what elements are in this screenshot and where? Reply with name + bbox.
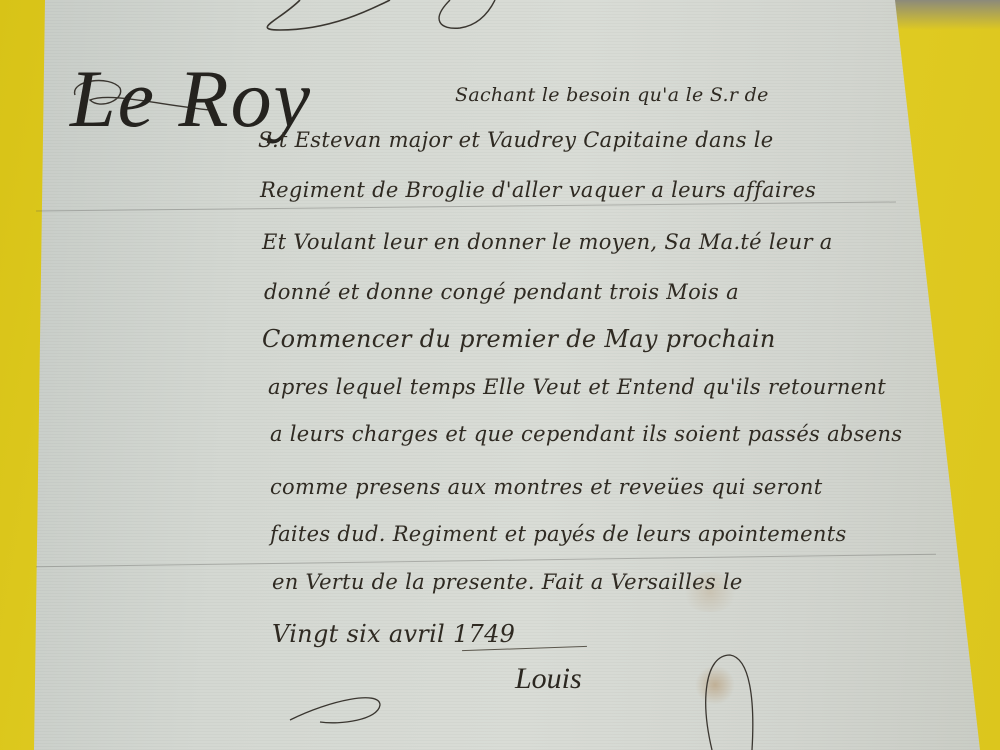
text-line: apres lequel temps Elle Veut et Entend q… [268, 375, 886, 399]
text-line: Regiment de Broglie d'aller vaquer a leu… [260, 178, 816, 202]
date-line: Vingt six avril 1749 [272, 620, 515, 648]
text-line: comme presens aux montres et reveües qui… [270, 475, 822, 499]
text-line: a leurs charges et que cependant ils soi… [270, 422, 902, 446]
text-line: S.t Estevan major et Vaudrey Capitaine d… [258, 128, 774, 152]
text-line: Et Voulant leur en donner le moyen, Sa M… [262, 230, 833, 254]
text-line: Sachant le besoin qu'a le S.r de [455, 84, 769, 106]
signature-louis: Louis [515, 662, 582, 696]
text-line: donné et donne congé pendant trois Mois … [264, 280, 739, 304]
text-line: Commencer du premier de May prochain [262, 325, 776, 353]
text-line: faites dud. Regiment et payés de leurs a… [270, 522, 847, 546]
text-line: en Vertu de la presente. Fait a Versaill… [272, 570, 743, 594]
